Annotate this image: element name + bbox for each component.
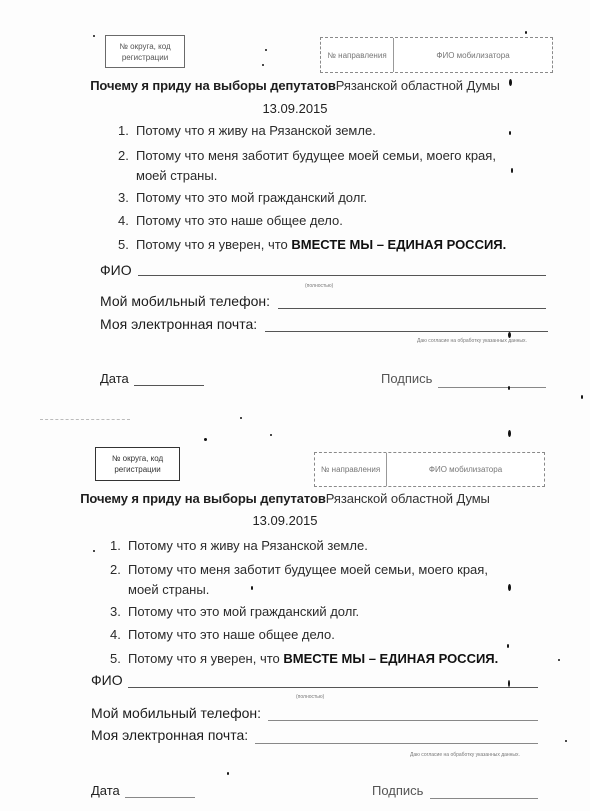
mobile-phone-label: Мой мобильный телефон:	[91, 705, 261, 721]
cut-line	[40, 419, 130, 420]
email-field[interactable]	[255, 743, 538, 744]
reason-item: 2.Потому что меня заботит будущее моей с…	[118, 148, 496, 163]
reason-item: 2.Потому что меня заботит будущее моей с…	[110, 562, 488, 577]
election-date: 13.09.2015	[0, 101, 590, 116]
full-name-label: ФИО	[91, 672, 123, 688]
district-code-box: № округа, код регистрации	[95, 447, 180, 481]
form-title-light: Рязанской областной Думы	[336, 78, 500, 93]
email-label: Моя электронная почта:	[100, 316, 257, 332]
consent-note: Даю согласие на обработку указанных данн…	[417, 338, 527, 344]
mobilizer-box: № направления ФИО мобилизатора	[314, 452, 545, 487]
reason-item: 4.Потому что это наше общее дело.	[110, 627, 335, 642]
signature-label: Подпись	[372, 783, 423, 798]
reason-item: 3.Потому что это мой гражданский долг.	[118, 190, 367, 205]
reason-item: 4.Потому что это наше общее дело.	[118, 213, 343, 228]
reason-item: 3.Потому что это мой гражданский долг.	[110, 604, 359, 619]
district-code-box: № округа, код регистрации	[105, 35, 185, 68]
mobilizer-name-label: ФИО мобилизатора	[436, 50, 509, 61]
mobilizer-name-label: ФИО мобилизатора	[429, 464, 502, 475]
full-name-field[interactable]	[138, 275, 546, 276]
direction-number-cell: № направления	[315, 453, 387, 486]
email-field[interactable]	[265, 331, 548, 332]
signature-field[interactable]	[430, 798, 538, 799]
full-name-field[interactable]	[128, 687, 538, 688]
reason-item: моей страны.	[118, 168, 217, 183]
date-label: Дата	[91, 783, 120, 798]
form-title-bold: Почему я приду на выборы депутатов	[80, 491, 326, 506]
form-title-bold: Почему я приду на выборы депутатов	[90, 78, 336, 93]
election-date: 13.09.2015	[0, 513, 580, 528]
signature-field[interactable]	[438, 387, 546, 388]
reason-item: 5.Потому что я уверен, что ВМЕСТЕ МЫ – Е…	[118, 237, 506, 252]
mobilizer-name-cell: ФИО мобилизатора	[387, 453, 544, 486]
district-code-label: № округа, код регистрации	[106, 41, 184, 63]
reason-item: 5.Потому что я уверен, что ВМЕСТЕ МЫ – Е…	[110, 651, 498, 666]
form-title: Почему я приду на выборы депутатовРязанс…	[0, 491, 580, 506]
full-name-caption: (полностью)	[305, 283, 333, 289]
direction-number-label: № направления	[327, 50, 386, 61]
date-label: Дата	[100, 371, 129, 386]
mobilizer-box: № направления ФИО мобилизатора	[320, 37, 553, 73]
form-title: Почему я приду на выборы депутатовРязанс…	[0, 78, 590, 93]
signature-label: Подпись	[381, 371, 432, 386]
consent-note: Даю согласие на обработку указанных данн…	[410, 752, 520, 758]
reason-item: 1.Потому что я живу на Рязанской земле.	[110, 538, 368, 553]
full-name-label: ФИО	[100, 262, 132, 278]
full-name-caption: (полностью)	[296, 694, 324, 700]
reason-item: 1.Потому что я живу на Рязанской земле.	[118, 123, 376, 138]
district-code-label: № округа, код регистрации	[96, 453, 179, 475]
mobile-phone-field[interactable]	[278, 308, 546, 309]
reason-item: моей страны.	[110, 582, 209, 597]
mobilizer-name-cell: ФИО мобилизатора	[394, 38, 552, 72]
direction-number-label: № направления	[321, 464, 380, 475]
direction-number-cell: № направления	[321, 38, 394, 72]
mobile-phone-label: Мой мобильный телефон:	[100, 293, 270, 309]
form-title-light: Рязанской областной Думы	[326, 491, 490, 506]
email-label: Моя электронная почта:	[91, 727, 248, 743]
mobile-phone-field[interactable]	[268, 720, 538, 721]
date-field[interactable]	[125, 797, 195, 798]
date-field[interactable]	[134, 385, 204, 386]
